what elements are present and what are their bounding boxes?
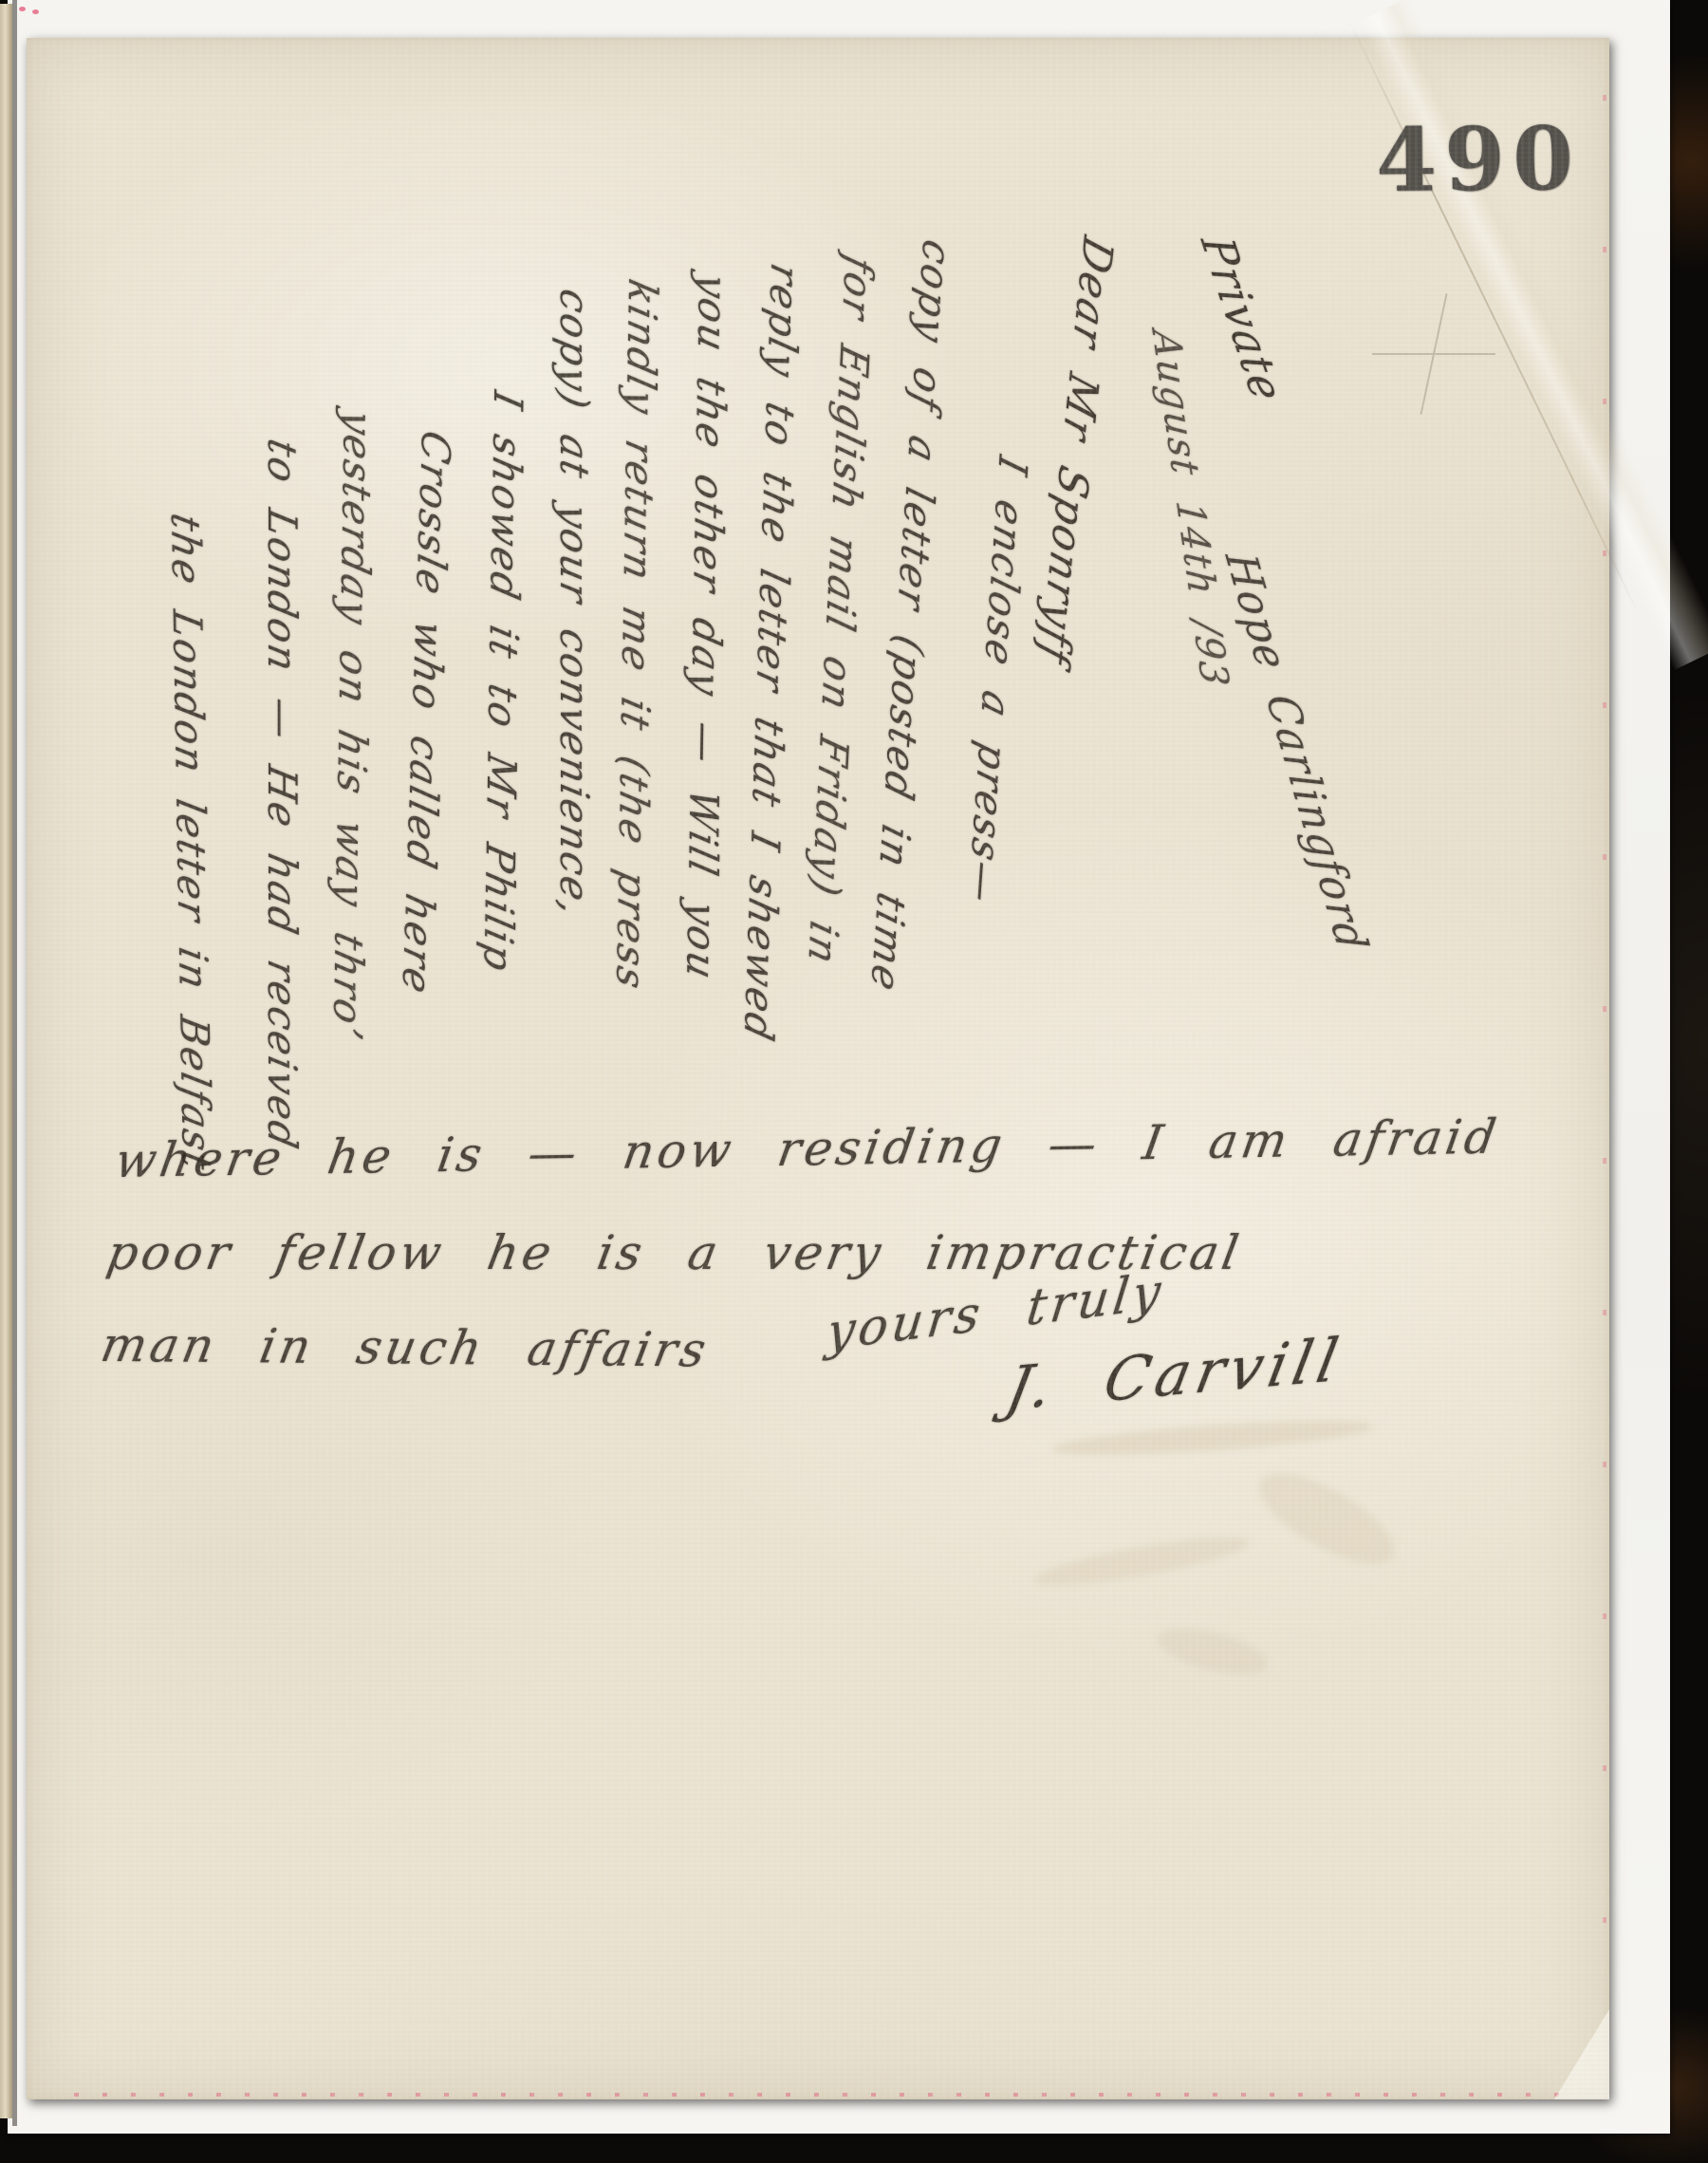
handwritten-line: August 14th /93 [1145,329,1235,688]
handwritten-line: to London — He had received [262,436,302,1153]
book-page-stack-left-edge [0,4,12,2118]
handwritten-line: kindly return me it (the press [610,275,662,994]
red-stitch-dot [19,7,26,11]
handwritten-line: man in such affairs [98,1321,714,1374]
ink-showthrough [1247,1456,1407,1581]
handwritten-line: for English mail on Friday) in [802,252,879,970]
pencil-cross-mark [1388,287,1478,421]
handwritten-line: Dear Mr Sponryff [1032,232,1118,670]
handwritten-line: Private [1194,235,1291,403]
handwritten-line: I enclose a press— [962,452,1032,909]
handwritten-line: I showed it to Mr Philip [477,387,528,977]
handwritten-line: reply to the letter that I shewed [738,260,805,1046]
red-stitch-dots-right [1603,95,1606,2050]
handwritten-line: copy of a letter (posted in time [864,235,956,997]
letter-page: 490 Private August 14th /93 Hope Carling… [27,38,1609,2099]
ink-showthrough [1031,1528,1252,1594]
ink-showthrough [1153,1619,1272,1684]
signature: J. Carvill [1002,1330,1348,1419]
handwritten-line: copy) at your convenience, [554,286,594,921]
handwritten-line: poor fellow he is a very impractical [103,1229,1246,1277]
ink-showthrough [1051,1414,1375,1462]
handwritten-line: where he is — now residing — I am afraid [112,1113,1503,1185]
page-gutter-shadow [12,0,17,2126]
handwritten-line: you the other day — Will you [680,270,733,984]
handwritten-line: the London letter in Belfast [165,511,216,1174]
handwritten-line: Crossle who called here [397,427,455,999]
letterbook-scan: 490 Private August 14th /93 Hope Carling… [0,0,1708,2163]
handwritten-line: yesterday on his way thro’ [327,406,378,1044]
page-corner-fold [1554,2009,1609,2099]
red-stitch-dots-bottom [74,2093,1583,2097]
page-number-stamp: 490 [1375,107,1581,212]
red-stitch-dot [32,9,39,14]
handwritten-line: Hope Carlingford [1217,552,1374,952]
